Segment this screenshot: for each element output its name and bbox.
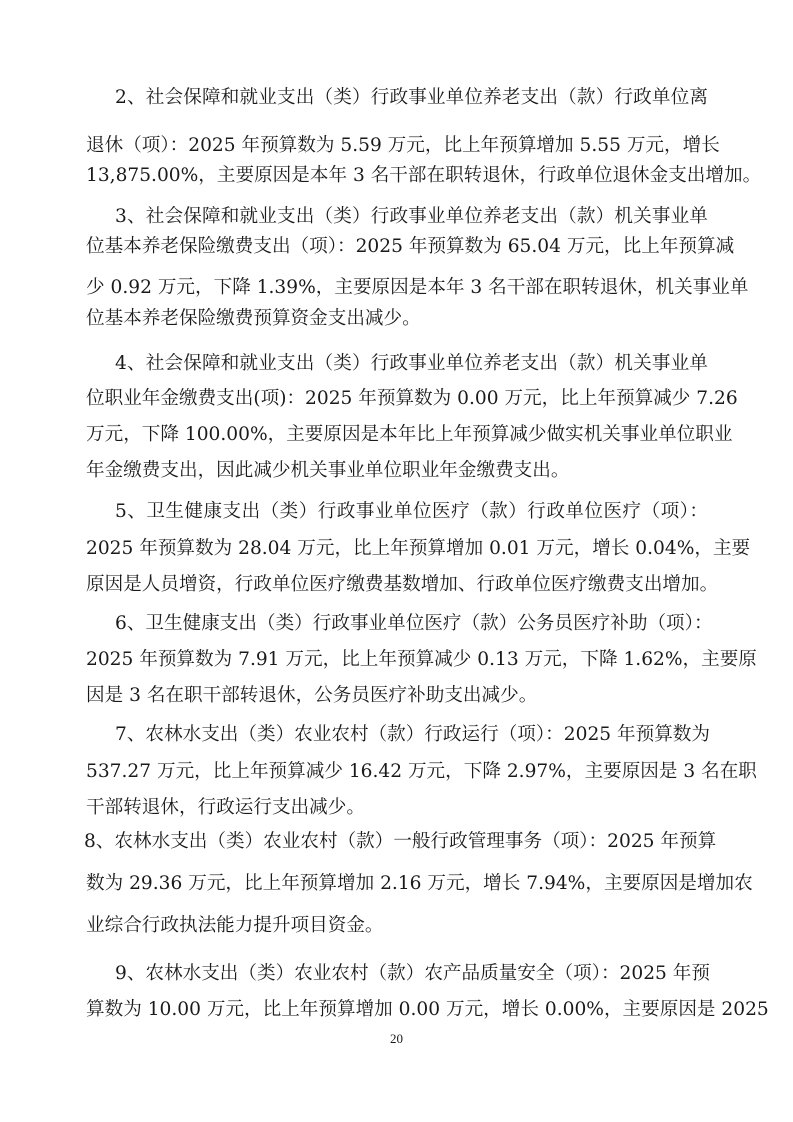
- text-line: 干部转退休，行政运行支出减少。: [86, 796, 708, 820]
- text-line: 原因是人员增资，行政单位医疗缴费基数增加、行政单位医疗缴费支出增加。: [86, 573, 708, 597]
- text-line: 数为 29.36 万元，比上年预算增加 2.16 万元，增长 7.94%，主要原…: [86, 872, 708, 896]
- text-line: 5、卫生健康支出（类）行政事业单位医疗（款）行政单位医疗（项）：: [115, 500, 708, 524]
- text-line: 位基本养老保险缴费支出（项）：2025 年预算数为 65.04 万元，比上年预算…: [86, 235, 708, 259]
- text-line: 因是 3 名在职干部转退休，公务员医疗补助支出减少。: [86, 684, 708, 708]
- text-line: 算数为 10.00 万元，比上年预算增加 0.00 万元，增长 0.00%，主要…: [86, 998, 708, 1022]
- text-line: 万元，下降 100.00%，主要原因是本年比上年预算减少做实机关事业单位职业: [86, 423, 708, 447]
- text-line: 位基本养老保险缴费预算资金支出减少。: [86, 307, 708, 331]
- text-line: 13,875.00%，主要原因是本年 3 名干部在职转退休，行政单位退休金支出增…: [86, 164, 708, 188]
- text-line: 位职业年金缴费支出(项)：2025 年预算数为 0.00 万元，比上年预算减少 …: [86, 387, 708, 411]
- text-line: 4、社会保障和就业支出（类）行政事业单位养老支出（款）机关事业单: [115, 352, 708, 376]
- text-line: 9、农林水支出（类）农业农村（款）农产品质量安全（项）：2025 年预: [115, 962, 708, 986]
- text-line: 2025 年预算数为 28.04 万元，比上年预算增加 0.01 万元，增长 0…: [86, 537, 708, 561]
- text-line: 业综合行政执法能力提升项目资金。: [86, 914, 708, 938]
- text-line: 8、农林水支出（类）农业农村（款）一般行政管理事务（项）：2025 年预算: [84, 830, 708, 854]
- document-page: 2、社会保障和就业支出（类）行政事业单位养老支出（款）行政单位离 退休（项）：2…: [0, 0, 793, 1122]
- text-line: 退休（项）：2025 年预算数为 5.59 万元，比上年预算增加 5.55 万元…: [86, 134, 708, 158]
- text-line: 年金缴费支出，因此减少机关事业单位职业年金缴费支出。: [86, 459, 708, 483]
- page-number: 20: [0, 1031, 793, 1047]
- text-line: 6、卫生健康支出（类）行政事业单位医疗（款）公务员医疗补助（项）：: [115, 612, 708, 636]
- text-line: 少 0.92 万元，下降 1.39%，主要原因是本年 3 名干部在职转退休，机关…: [86, 276, 708, 300]
- text-line: 2、社会保障和就业支出（类）行政事业单位养老支出（款）行政单位离: [115, 86, 708, 110]
- text-line: 2025 年预算数为 7.91 万元，比上年预算减少 0.13 万元，下降 1.…: [86, 648, 708, 672]
- text-line: 537.27 万元，比上年预算减少 16.42 万元，下降 2.97%，主要原因…: [86, 760, 708, 784]
- text-line: 7、农林水支出（类）农业农村（款）行政运行（项）：2025 年预算数为: [115, 723, 708, 747]
- text-line: 3、社会保障和就业支出（类）行政事业单位养老支出（款）机关事业单: [115, 205, 708, 229]
